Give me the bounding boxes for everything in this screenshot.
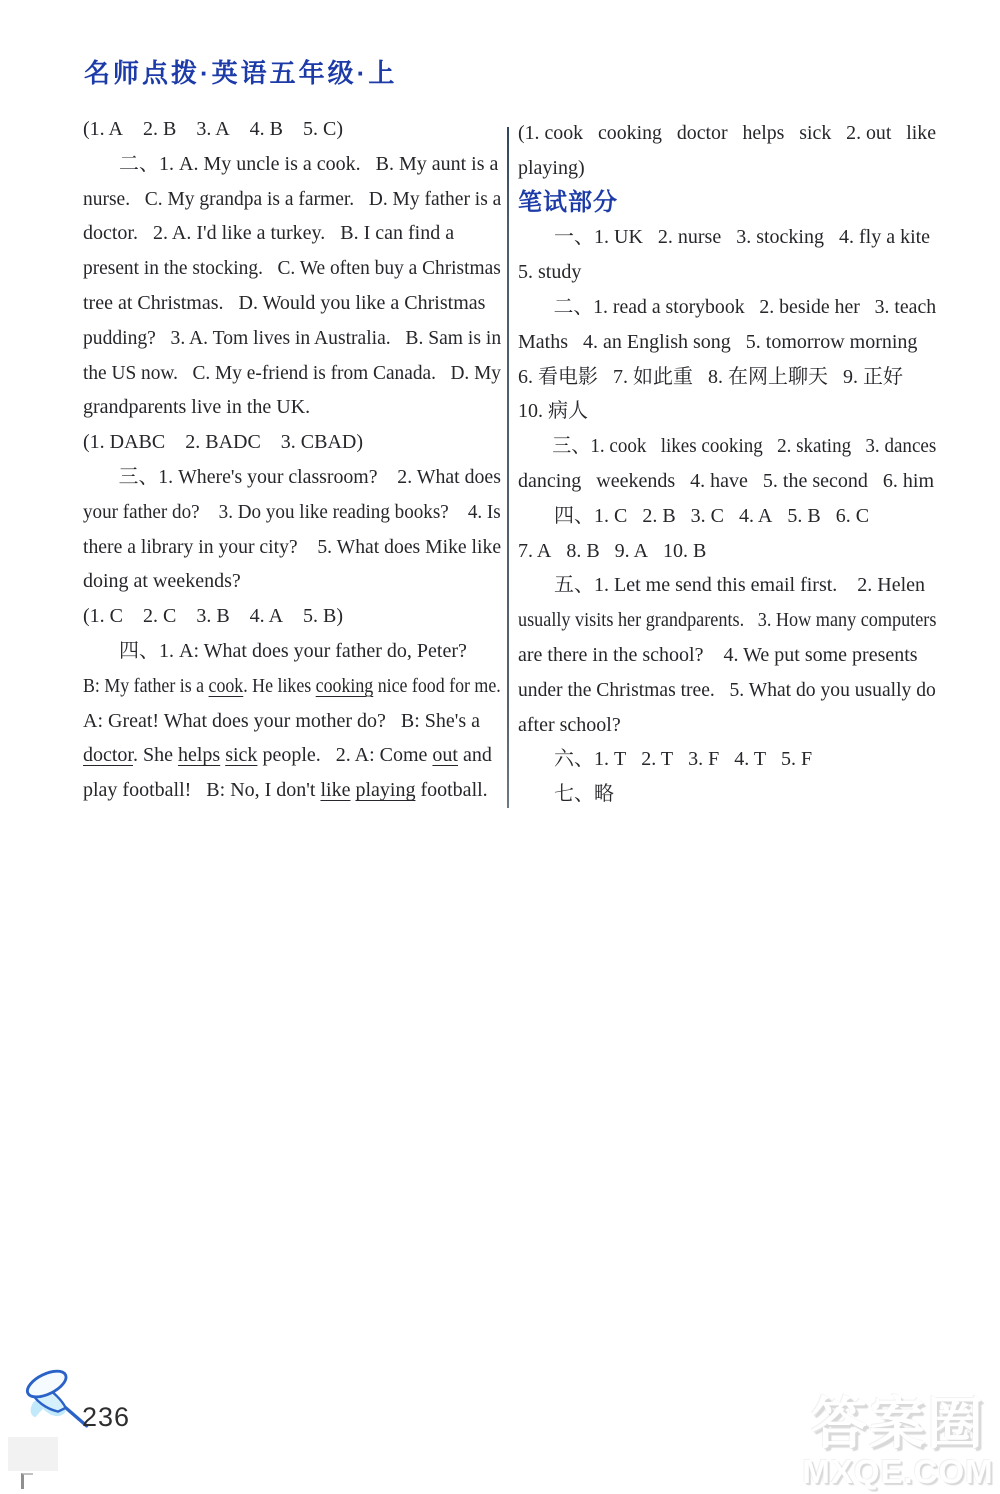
text-line: your father do? 3. Do you like reading b… [83, 495, 482, 530]
scan-artifact [21, 1473, 33, 1489]
text-line: playing) [518, 151, 936, 186]
text-line: 10. 病人 [518, 394, 936, 429]
text-line: 三、1. Where's your classroom? 2. What doe… [83, 460, 497, 495]
text-line: tree at Christmas. D. Would you like a C… [83, 286, 501, 321]
right-column: (1. cook cooking doctor helps sick 2. ou… [518, 116, 936, 812]
text-line: B: My father is a cook. He likes cooking… [83, 669, 456, 704]
text-line: usually visits her grandparents. 3. How … [518, 603, 898, 638]
text-line: Maths 4. an English song 5. tomorrow mor… [518, 325, 936, 360]
book-title: 名师点拨·英语五年级·上 [84, 58, 397, 88]
text-line: 5. study [518, 255, 936, 290]
section-heading: 笔试部分 [518, 186, 936, 221]
text-line: the US now. C. My e-friend is from Canad… [83, 356, 487, 391]
text-line: 七、略 [518, 777, 936, 812]
text-line: 四、1. A: What does your father do, Peter? [83, 634, 501, 669]
text-line: A: Great! What does your mother do? B: S… [83, 704, 501, 739]
column-divider [507, 127, 509, 808]
left-column: (1. A 2. B 3. A 4. B 5. C)二、1. A. My unc… [83, 112, 501, 808]
text-line: there a library in your city? 5. What do… [83, 530, 494, 565]
text-line: (1. cook cooking doctor helps sick 2. ou… [518, 116, 933, 151]
text-line: 7. A 8. B 9. A 10. B [518, 534, 936, 569]
text-line: 六、1. T 2. T 3. F 4. T 5. F [518, 742, 936, 777]
text-line: (1. C 2. C 3. B 4. A 5. B) [83, 599, 501, 634]
text-line: nurse. C. My grandpa is a farmer. D. My … [83, 182, 490, 217]
text-line: grandparents live in the UK. [83, 390, 501, 425]
text-line: doing at weekends? [83, 564, 501, 599]
text-line: 二、1. read a storybook 2. beside her 3. t… [518, 290, 931, 325]
watermark-url: MXQE.COM [798, 1454, 998, 1490]
text-line: (1. DABC 2. BADC 3. CBAD) [83, 425, 501, 460]
text-line: 三、1. cook likes cooking 2. skating 3. da… [518, 429, 916, 464]
watermark: 答案圈 MXQE.COM [798, 1394, 998, 1490]
text-line: dancing weekends 4. have 5. the second 6… [518, 464, 936, 499]
page-number: 236 [82, 1402, 130, 1432]
text-line: pudding? 3. A. Tom lives in Australia. B… [83, 321, 492, 356]
scan-artifact [8, 1437, 58, 1471]
text-line: 6. 看电影 7. 如此重 8. 在网上聊天 9. 正好 [518, 360, 936, 395]
text-line: 二、1. A. My uncle is a cook. B. My aunt i… [83, 147, 501, 182]
text-line: are there in the school? 4. We put some … [518, 638, 936, 673]
scanned-answer-page: 名师点拨·英语五年级·上 (1. A 2. B 3. A 4. B 5. C)二… [0, 0, 1000, 1494]
text-line: 四、1. C 2. B 3. C 4. A 5. B 6. C [518, 499, 936, 534]
text-line: (1. A 2. B 3. A 4. B 5. C) [83, 112, 501, 147]
text-line: after school? [518, 708, 936, 743]
watermark-brand: 答案圈 [798, 1394, 998, 1454]
text-line: under the Christmas tree. 5. What do you… [518, 673, 927, 708]
text-line: present in the stocking. C. We often buy… [83, 251, 488, 286]
text-line: doctor. 2. A. I'd like a turkey. B. I ca… [83, 216, 501, 251]
text-line: play football! B: No, I don't like playi… [83, 773, 501, 808]
text-line: doctor. She helps sick people. 2. A: Com… [83, 738, 501, 773]
text-line: 一、1. UK 2. nurse 3. stocking 4. fly a ki… [518, 220, 936, 255]
text-line: 五、1. Let me send this email first. 2. He… [518, 568, 936, 603]
